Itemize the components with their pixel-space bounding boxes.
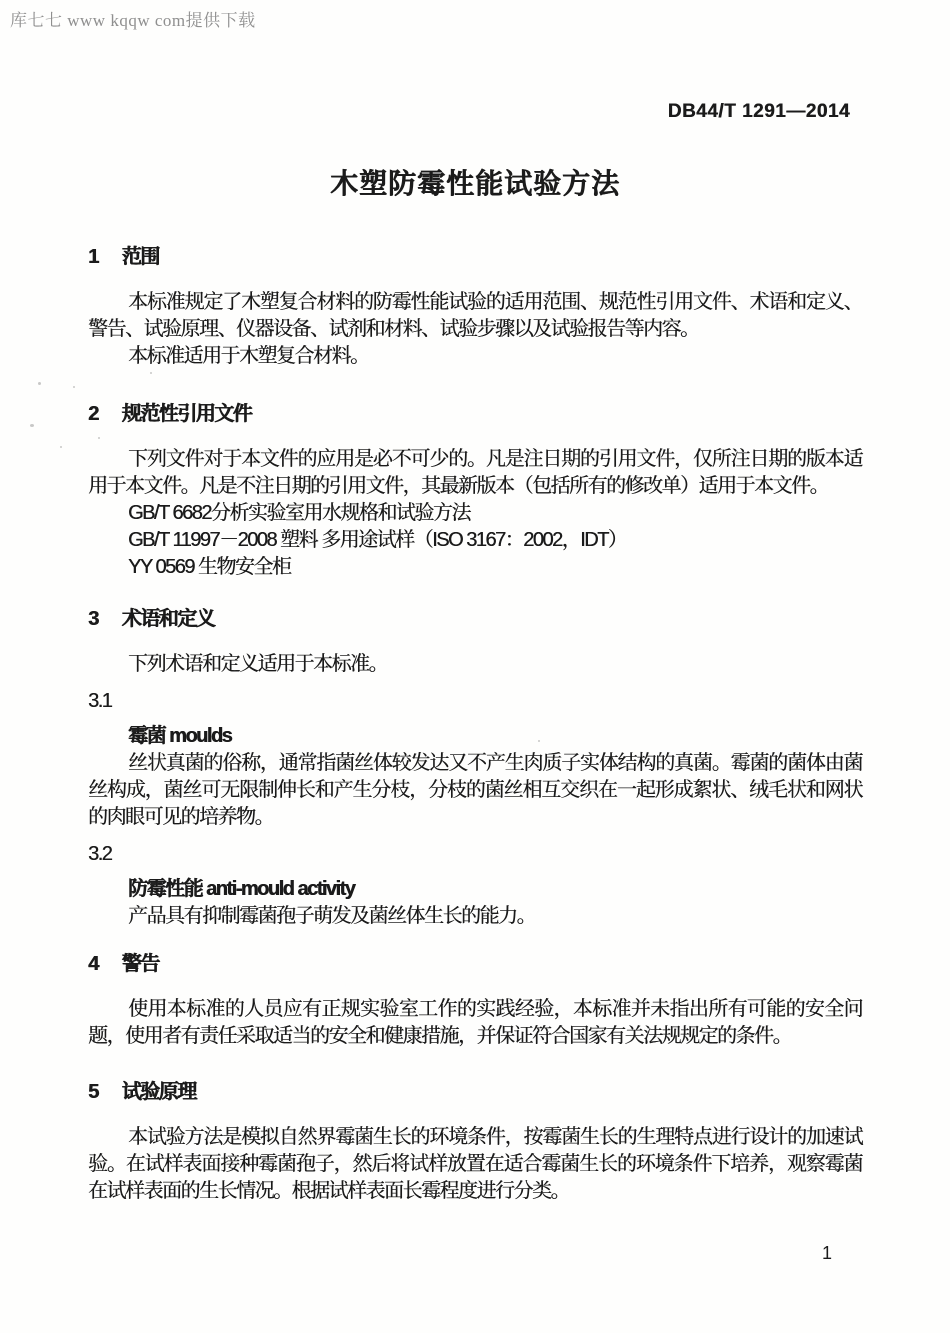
section-heading-label: 规范性引用文件 bbox=[122, 403, 252, 425]
section-heading: 2规范性引用文件 bbox=[88, 401, 862, 428]
watermark-text: 库七七 www kqqw com提供下载 bbox=[10, 6, 256, 31]
section-heading: 4警告 bbox=[88, 951, 862, 978]
section-test-principle: 5试验原理 本试验方法是模拟自然界霉菌生长的环境条件，按霉菌生长的生理特点进行设… bbox=[88, 1079, 862, 1205]
section-warning: 4警告 使用本标准的人员应有正规实验室工作的实践经验，本标准并未指出所有可能的安… bbox=[88, 951, 862, 1050]
section-number: 2 bbox=[88, 403, 98, 425]
scan-speck bbox=[30, 424, 34, 427]
section-normative-references: 2规范性引用文件 下列文件对于本文件的应用是必不可少的。凡是注日期的引用文件，仅… bbox=[88, 401, 862, 581]
document-body: 1范围 本标准规定了木塑复合材料的防霉性能试验的适用范围、规范性引用文件、术语和… bbox=[88, 244, 862, 1205]
page-number: 1 bbox=[822, 1243, 832, 1264]
section-heading-label: 范围 bbox=[122, 246, 159, 268]
term-number: 3.1 bbox=[88, 688, 862, 715]
section-heading: 3术语和定义 bbox=[88, 606, 862, 633]
section-heading-label: 试验原理 bbox=[122, 1081, 196, 1103]
section-number: 1 bbox=[88, 246, 98, 268]
section-number: 3 bbox=[88, 608, 98, 630]
document-page: 库七七 www kqqw com提供下载 DB44/T 1291—2014 木塑… bbox=[0, 0, 950, 1333]
paragraph: 下列术语和定义适用于本标准。 bbox=[88, 651, 862, 678]
term-definition: 产品具有抑制霉菌孢子萌发及菌丝体生长的能力。 bbox=[88, 903, 862, 930]
section-heading-label: 术语和定义 bbox=[122, 608, 215, 630]
section-heading: 1范围 bbox=[88, 244, 862, 271]
paragraph: 本标准适用于木塑复合材料。 bbox=[88, 343, 862, 370]
paragraph: 使用本标准的人员应有正规实验室工作的实践经验，本标准并未指出所有可能的安全问题，… bbox=[88, 996, 862, 1050]
section-number: 5 bbox=[88, 1081, 98, 1103]
reference-item: GB/T 11997－2008 塑料 多用途试样（ISO 3167：2002，I… bbox=[88, 527, 862, 554]
scan-speck bbox=[60, 446, 62, 448]
document-title: 木塑防霉性能试验方法 bbox=[0, 162, 950, 202]
section-heading: 5试验原理 bbox=[88, 1079, 862, 1106]
term-title: 防霉性能 anti-mould activity bbox=[88, 876, 862, 903]
section-number: 4 bbox=[88, 953, 98, 975]
paragraph: 本标准规定了木塑复合材料的防霉性能试验的适用范围、规范性引用文件、术语和定义、警… bbox=[88, 289, 862, 343]
paragraph: 下列文件对于本文件的应用是必不可少的。凡是注日期的引用文件，仅所注日期的版本适用… bbox=[88, 446, 862, 500]
section-terms-definitions: 3术语和定义 下列术语和定义适用于本标准。 3.1 霉菌 moulds 丝状真菌… bbox=[88, 606, 862, 930]
term-title: 霉菌 moulds bbox=[88, 723, 862, 750]
standard-number: DB44/T 1291—2014 bbox=[668, 101, 850, 123]
reference-item: YY 0569 生物安全柜 bbox=[88, 554, 862, 581]
section-heading-label: 警告 bbox=[122, 953, 159, 975]
paragraph: 本试验方法是模拟自然界霉菌生长的环境条件，按霉菌生长的生理特点进行设计的加速试验… bbox=[88, 1124, 862, 1205]
scan-speck bbox=[73, 386, 75, 388]
scan-speck bbox=[38, 382, 41, 385]
term-number: 3.2 bbox=[88, 841, 862, 868]
term-definition: 丝状真菌的俗称，通常指菌丝体较发达又不产生肉质子实体结构的真菌。霉菌的菌体由菌丝… bbox=[88, 750, 862, 831]
section-scope: 1范围 本标准规定了木塑复合材料的防霉性能试验的适用范围、规范性引用文件、术语和… bbox=[88, 244, 862, 370]
reference-item: GB/T 6682分析实验室用水规格和试验方法 bbox=[88, 500, 862, 527]
